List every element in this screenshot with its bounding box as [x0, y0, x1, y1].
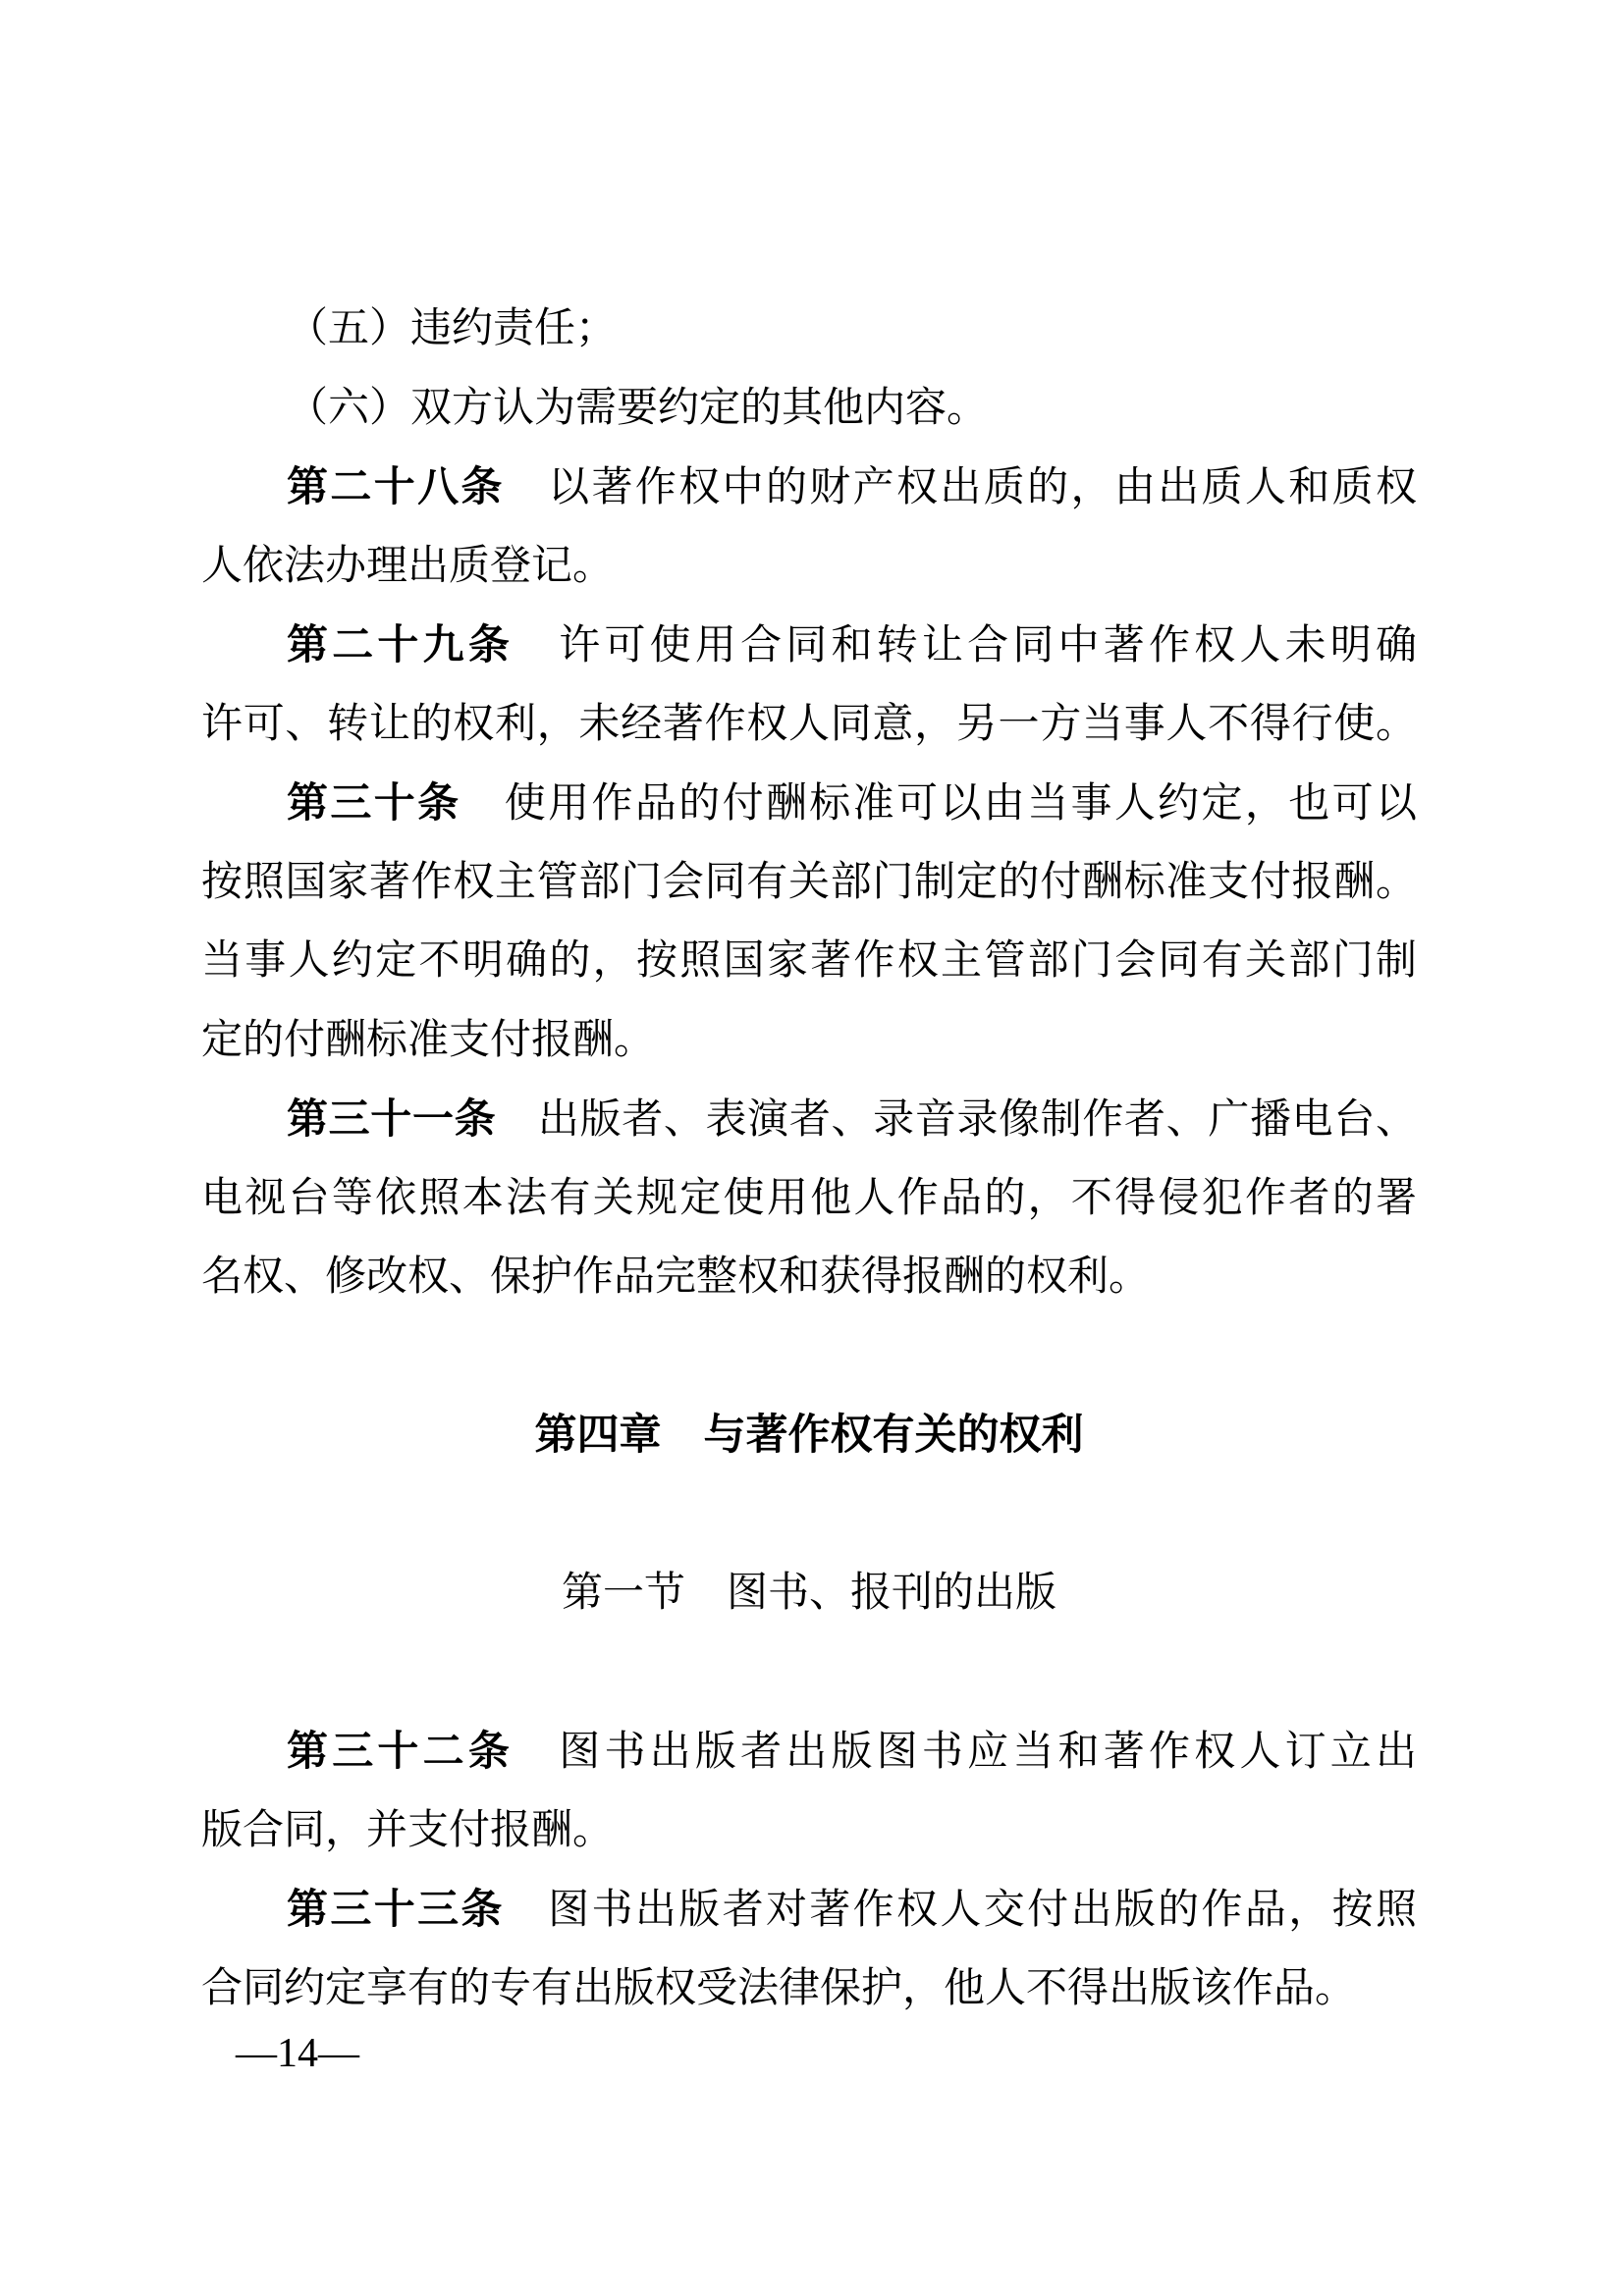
blank-line	[201, 1633, 1417, 1713]
article-30-line-4: 定的付酬标准支付报酬。	[201, 1001, 1417, 1081]
section-heading: 第一节 图书、报刊的出版	[201, 1554, 1417, 1633]
article-29-number: 第二十九条	[287, 621, 514, 667]
article-28-number: 第二十八条	[287, 463, 505, 509]
article-31-text: 出版者、表演者、录音录像制作者、广播电台、	[496, 1097, 1417, 1143]
article-29-line-2: 许可、转让的权利，未经著作权人同意，另一方当事人不得行使。	[201, 685, 1417, 765]
chapter-heading: 第四章 与著作权有关的权利	[201, 1396, 1417, 1475]
article-32-text: 图书出版者出版图书应当和著作权人订立出	[514, 1730, 1417, 1775]
document-page: （五）违约责任； （六）双方认为需要约定的其他内容。 第二十八条 以著作权中的财…	[0, 0, 1624, 2296]
article-29-line-1: 第二十九条 许可使用合同和转让合同中著作权人未明确	[201, 606, 1417, 685]
article-33-text: 图书出版者对著作权人交付出版的作品，按照	[505, 1888, 1417, 1933]
article-28-line-2: 人依法办理出质登记。	[201, 527, 1417, 607]
article-33-line-2: 合同约定享有的专有出版权受法律保护，他人不得出版该作品。	[201, 1949, 1417, 2029]
article-31-number: 第三十一条	[287, 1095, 496, 1142]
clause-item-5: （五）违约责任；	[201, 290, 1417, 369]
article-30-number: 第三十条	[287, 779, 460, 826]
article-32-line-2: 版合同，并支付报酬。	[201, 1791, 1417, 1871]
article-30-text: 使用作品的付酬标准可以由当事人约定，也可以	[460, 781, 1417, 827]
article-33-line-1: 第三十三条 图书出版者对著作权人交付出版的作品，按照	[201, 1870, 1417, 1949]
blank-line	[201, 1475, 1417, 1555]
article-28-line-1: 第二十八条 以著作权中的财产权出质的，由出质人和质权	[201, 448, 1417, 527]
article-32-line-1: 第三十二条 图书出版者出版图书应当和著作权人订立出	[201, 1712, 1417, 1791]
article-30-line-3: 当事人约定不明确的，按照国家著作权主管部门会同有关部门制	[201, 922, 1417, 1001]
article-31-line-3: 名权、修改权、保护作品完整权和获得报酬的权利。	[201, 1238, 1417, 1317]
article-32-number: 第三十二条	[287, 1728, 514, 1774]
article-28-text: 以著作权中的财产权出质的，由出质人和质权	[505, 465, 1417, 510]
article-31-line-2: 电视台等依照本法有关规定使用他人作品的，不得侵犯作者的署	[201, 1159, 1417, 1239]
blank-line	[201, 1317, 1417, 1397]
page-number: —14—	[236, 2024, 359, 2083]
article-33-number: 第三十三条	[287, 1886, 505, 1932]
article-29-text: 许可使用合同和转让合同中著作权人未明确	[514, 623, 1417, 668]
clause-item-6: （六）双方认为需要约定的其他内容。	[201, 369, 1417, 449]
article-31-line-1: 第三十一条 出版者、表演者、录音录像制作者、广播电台、	[201, 1080, 1417, 1159]
article-30-line-1: 第三十条 使用作品的付酬标准可以由当事人约定，也可以	[201, 764, 1417, 843]
document-body: （五）违约责任； （六）双方认为需要约定的其他内容。 第二十八条 以著作权中的财…	[201, 290, 1417, 2028]
article-30-line-2: 按照国家著作权主管部门会同有关部门制定的付酬标准支付报酬。	[201, 843, 1417, 923]
